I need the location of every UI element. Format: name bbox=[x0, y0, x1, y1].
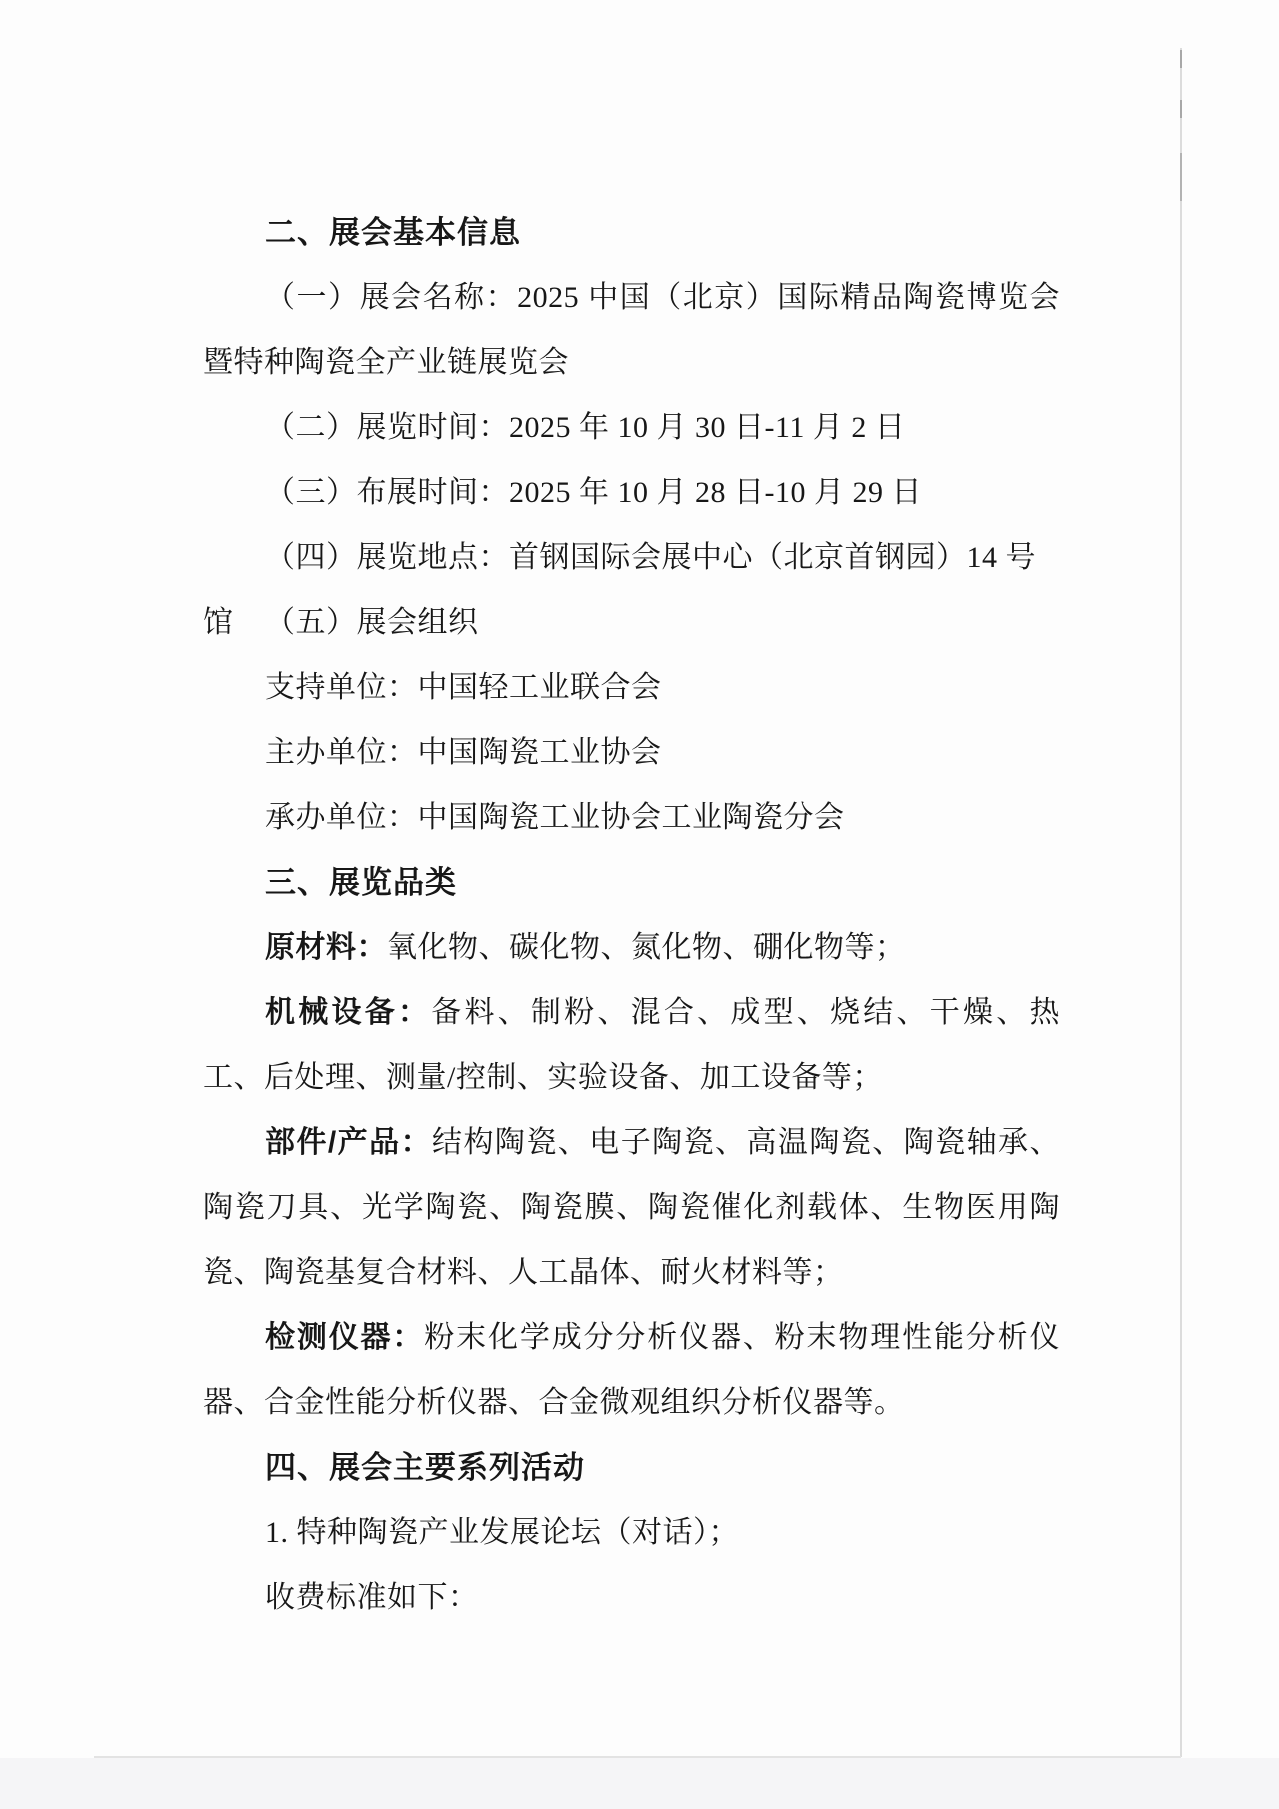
line-exhibition-name-cont: 暨特种陶瓷全产业链展览会 bbox=[203, 330, 1060, 395]
line-machinery-equipment-cont: 工、后处理、测量/控制、实验设备、加工设备等； bbox=[203, 1045, 1060, 1110]
line-exhibition-dates: （二）展览时间：2025 年 10 月 30 日-11 月 2 日 bbox=[203, 395, 1060, 460]
line-exhibition-organization: （五）展会组织 bbox=[203, 590, 1060, 655]
document-body: 二、展会基本信息 （一）展会名称：2025 中国（北京）国际精品陶瓷博览会 暨特… bbox=[203, 200, 1060, 1630]
scan-bottom-strip bbox=[0, 1758, 1279, 1809]
page-edge-line-segment bbox=[1180, 153, 1182, 201]
line-testing-instruments-cont: 器、合金性能分析仪器、合金微观组织分析仪器等。 bbox=[203, 1370, 1060, 1435]
line-parts-products-cont-2: 瓷、陶瓷基复合材料、人工晶体、耐火材料等； bbox=[203, 1240, 1060, 1305]
line-machinery-equipment: 机械设备：备料、制粉、混合、成型、烧结、干燥、热 bbox=[203, 980, 1060, 1045]
machinery-equipment-label: 机械设备： bbox=[265, 996, 431, 1029]
line-raw-materials: 原材料：氧化物、碳化物、氮化物、硼化物等； bbox=[203, 915, 1060, 980]
line-testing-instruments: 检测仪器：粉末化学成分分析仪器、粉末物理性能分析仪 bbox=[203, 1305, 1060, 1370]
testing-instruments-text: 粉末化学成分分析仪器、粉末物理性能分析仪 bbox=[424, 1321, 1060, 1354]
machinery-equipment-text: 备料、制粉、混合、成型、烧结、干燥、热 bbox=[431, 996, 1060, 1029]
line-parts-products: 部件/产品：结构陶瓷、电子陶瓷、高温陶瓷、陶瓷轴承、 bbox=[203, 1110, 1060, 1175]
line-organizer-unit: 承办单位：中国陶瓷工业协会工业陶瓷分会 bbox=[203, 785, 1060, 850]
line-venue: （四）展览地点：首钢国际会展中心（北京首钢园）14 号馆 bbox=[203, 525, 1060, 590]
section-heading-basic-info: 二、展会基本信息 bbox=[203, 200, 1060, 265]
scanned-document-page: 二、展会基本信息 （一）展会名称：2025 中国（北京）国际精品陶瓷博览会 暨特… bbox=[0, 0, 1279, 1809]
line-fee-standard: 收费标准如下： bbox=[203, 1565, 1060, 1630]
page-edge-line-segment bbox=[1180, 100, 1182, 118]
line-supporting-unit: 支持单位：中国轻工业联合会 bbox=[203, 655, 1060, 720]
line-host-unit: 主办单位：中国陶瓷工业协会 bbox=[203, 720, 1060, 785]
testing-instruments-label: 检测仪器： bbox=[265, 1321, 424, 1354]
line-parts-products-cont-1: 陶瓷刀具、光学陶瓷、陶瓷膜、陶瓷催化剂载体、生物医用陶 bbox=[203, 1175, 1060, 1240]
section-heading-main-activities: 四、展会主要系列活动 bbox=[203, 1435, 1060, 1500]
line-exhibition-name: （一）展会名称：2025 中国（北京）国际精品陶瓷博览会 bbox=[203, 265, 1060, 330]
line-activity-forum: 1. 特种陶瓷产业发展论坛（对话）； bbox=[203, 1500, 1060, 1565]
page-edge-vertical-line bbox=[1180, 48, 1182, 1757]
section-heading-exhibit-categories: 三、展览品类 bbox=[203, 850, 1060, 915]
line-setup-dates: （三）布展时间：2025 年 10 月 28 日-10 月 29 日 bbox=[203, 460, 1060, 525]
parts-products-label: 部件/产品： bbox=[265, 1126, 432, 1159]
raw-materials-label: 原材料： bbox=[265, 931, 387, 964]
parts-products-text: 结构陶瓷、电子陶瓷、高温陶瓷、陶瓷轴承、 bbox=[432, 1126, 1060, 1159]
raw-materials-text: 氧化物、碳化物、氮化物、硼化物等； bbox=[387, 931, 906, 964]
page-edge-line-segment bbox=[1180, 50, 1182, 68]
